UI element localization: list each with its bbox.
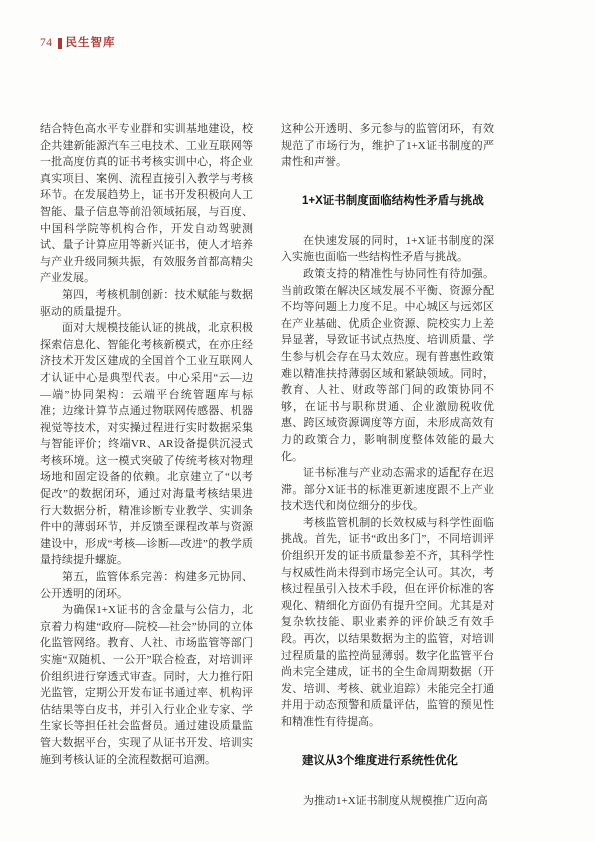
paragraph: 为推动1+X证书制度从规模推广迈向高	[281, 793, 494, 810]
paragraph: 政策支持的精准性与协同性有待加强。当前政策在解决区域发展不平衡、资源分配不均等问…	[281, 266, 494, 465]
right-text-column: 这种公开透明、多元参与的监管闭环，有效规范了市场行为，维护了1+X证书制度的严肃…	[281, 121, 494, 809]
left-text-column: 结合特色高水平专业群和实训基地建设，校企共建新能源汽车三电技术、工业互联网等一批…	[40, 121, 253, 768]
paragraph: 面对大规模技能认证的挑战，北京积极探索信息化、智能化考核新模式，在亦庄经济技术开…	[40, 320, 253, 569]
document-page: 74 民生智库 结合特色高水平专业群和实训基地建设，校企共建新能源汽车三电技术、…	[0, 0, 595, 842]
paragraph: 证书标准与产业动态需求的适配存在迟滞。部分X证书的标准更新速度跟不上产业技术迭代…	[281, 465, 494, 515]
paragraph: 第五，监管体系完善：构建多元协同、公开透明的闭环。	[40, 569, 253, 602]
paragraph: 第四，考核机制创新：技术赋能与数据驱动的质量提升。	[40, 287, 253, 320]
brand-name: 民生智库	[66, 36, 116, 50]
page-number: 74	[40, 36, 53, 50]
section-heading: 建议从3个维度进行系统性优化	[281, 753, 494, 770]
running-head: 74 民生智库	[40, 36, 116, 50]
section-heading: 1+X证书制度面临结构性矛盾与挑战	[281, 193, 494, 210]
paragraph: 结合特色高水平专业群和实训基地建设，校企共建新能源汽车三电技术、工业互联网等一批…	[40, 121, 253, 287]
brand-divider-bar	[58, 38, 62, 49]
paragraph: 在快速发展的同时，1+X证书制度的深入实施也面临一些结构性矛盾与挑战。	[281, 233, 494, 266]
paragraph: 这种公开透明、多元参与的监管闭环，有效规范了市场行为，维护了1+X证书制度的严肃…	[281, 121, 494, 171]
paragraph: 为确保1+X证书的含金量与公信力，北京着力构建“政府—院校—社会”协同的立体化监…	[40, 602, 253, 768]
paragraph: 考核监管机制的长效权威与科学性面临挑战。首先，证书“政出多门”，不同培训评价组织…	[281, 515, 494, 731]
